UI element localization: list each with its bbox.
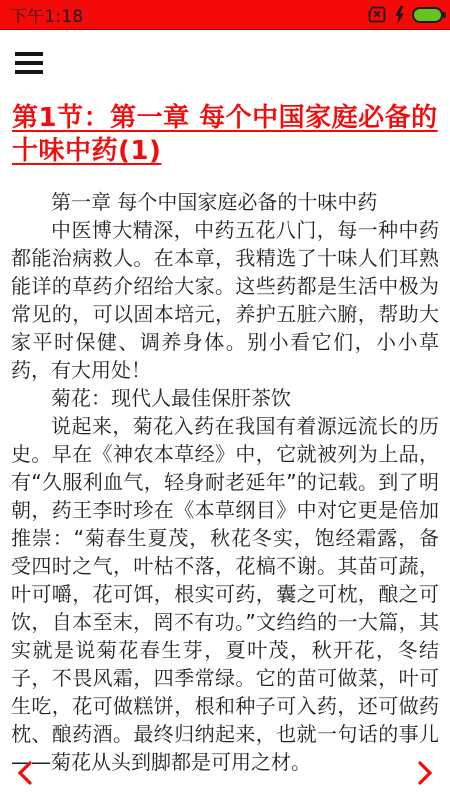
chevron-right-icon [416, 760, 434, 786]
status-icons [367, 6, 443, 24]
battery-icon [412, 7, 443, 23]
app-screen: 下午1:18 第1节：第一章 每个中国家庭必备的十味中药(1) 第一章 每个中国… [0, 0, 450, 800]
no-sim-card-icon [367, 6, 387, 23]
chapter-title: 第1节：第一章 每个中国家庭必备的十味中药(1) [12, 102, 438, 168]
chevron-left-icon [16, 760, 34, 786]
paragraph: 中医博大精深，中药五花八门，每一种中药都能治病救人。在本章，我精选了十味人们耳熟… [11, 216, 439, 384]
prev-page-button[interactable] [8, 756, 42, 790]
paragraph: 说起来，菊花入药在我国有着源远流长的历史。早在《神农本草经》中，它就被列为上品，… [11, 412, 439, 776]
toolbar [0, 30, 450, 95]
paragraph: 菊花：现代人最佳保肝茶饮 [11, 384, 439, 412]
next-page-button[interactable] [408, 756, 442, 790]
clock-text: 下午1:18 [10, 2, 83, 27]
status-bar: 下午1:18 [0, 0, 450, 30]
hamburger-icon [15, 52, 43, 56]
charging-bolt-icon [394, 6, 405, 24]
paragraph: 第一章 每个中国家庭必备的十味中药 [11, 188, 439, 216]
menu-button[interactable] [15, 52, 43, 74]
reader-body: 第一章 每个中国家庭必备的十味中药 中医博大精深，中药五花八门，每一种中药都能治… [11, 188, 439, 776]
